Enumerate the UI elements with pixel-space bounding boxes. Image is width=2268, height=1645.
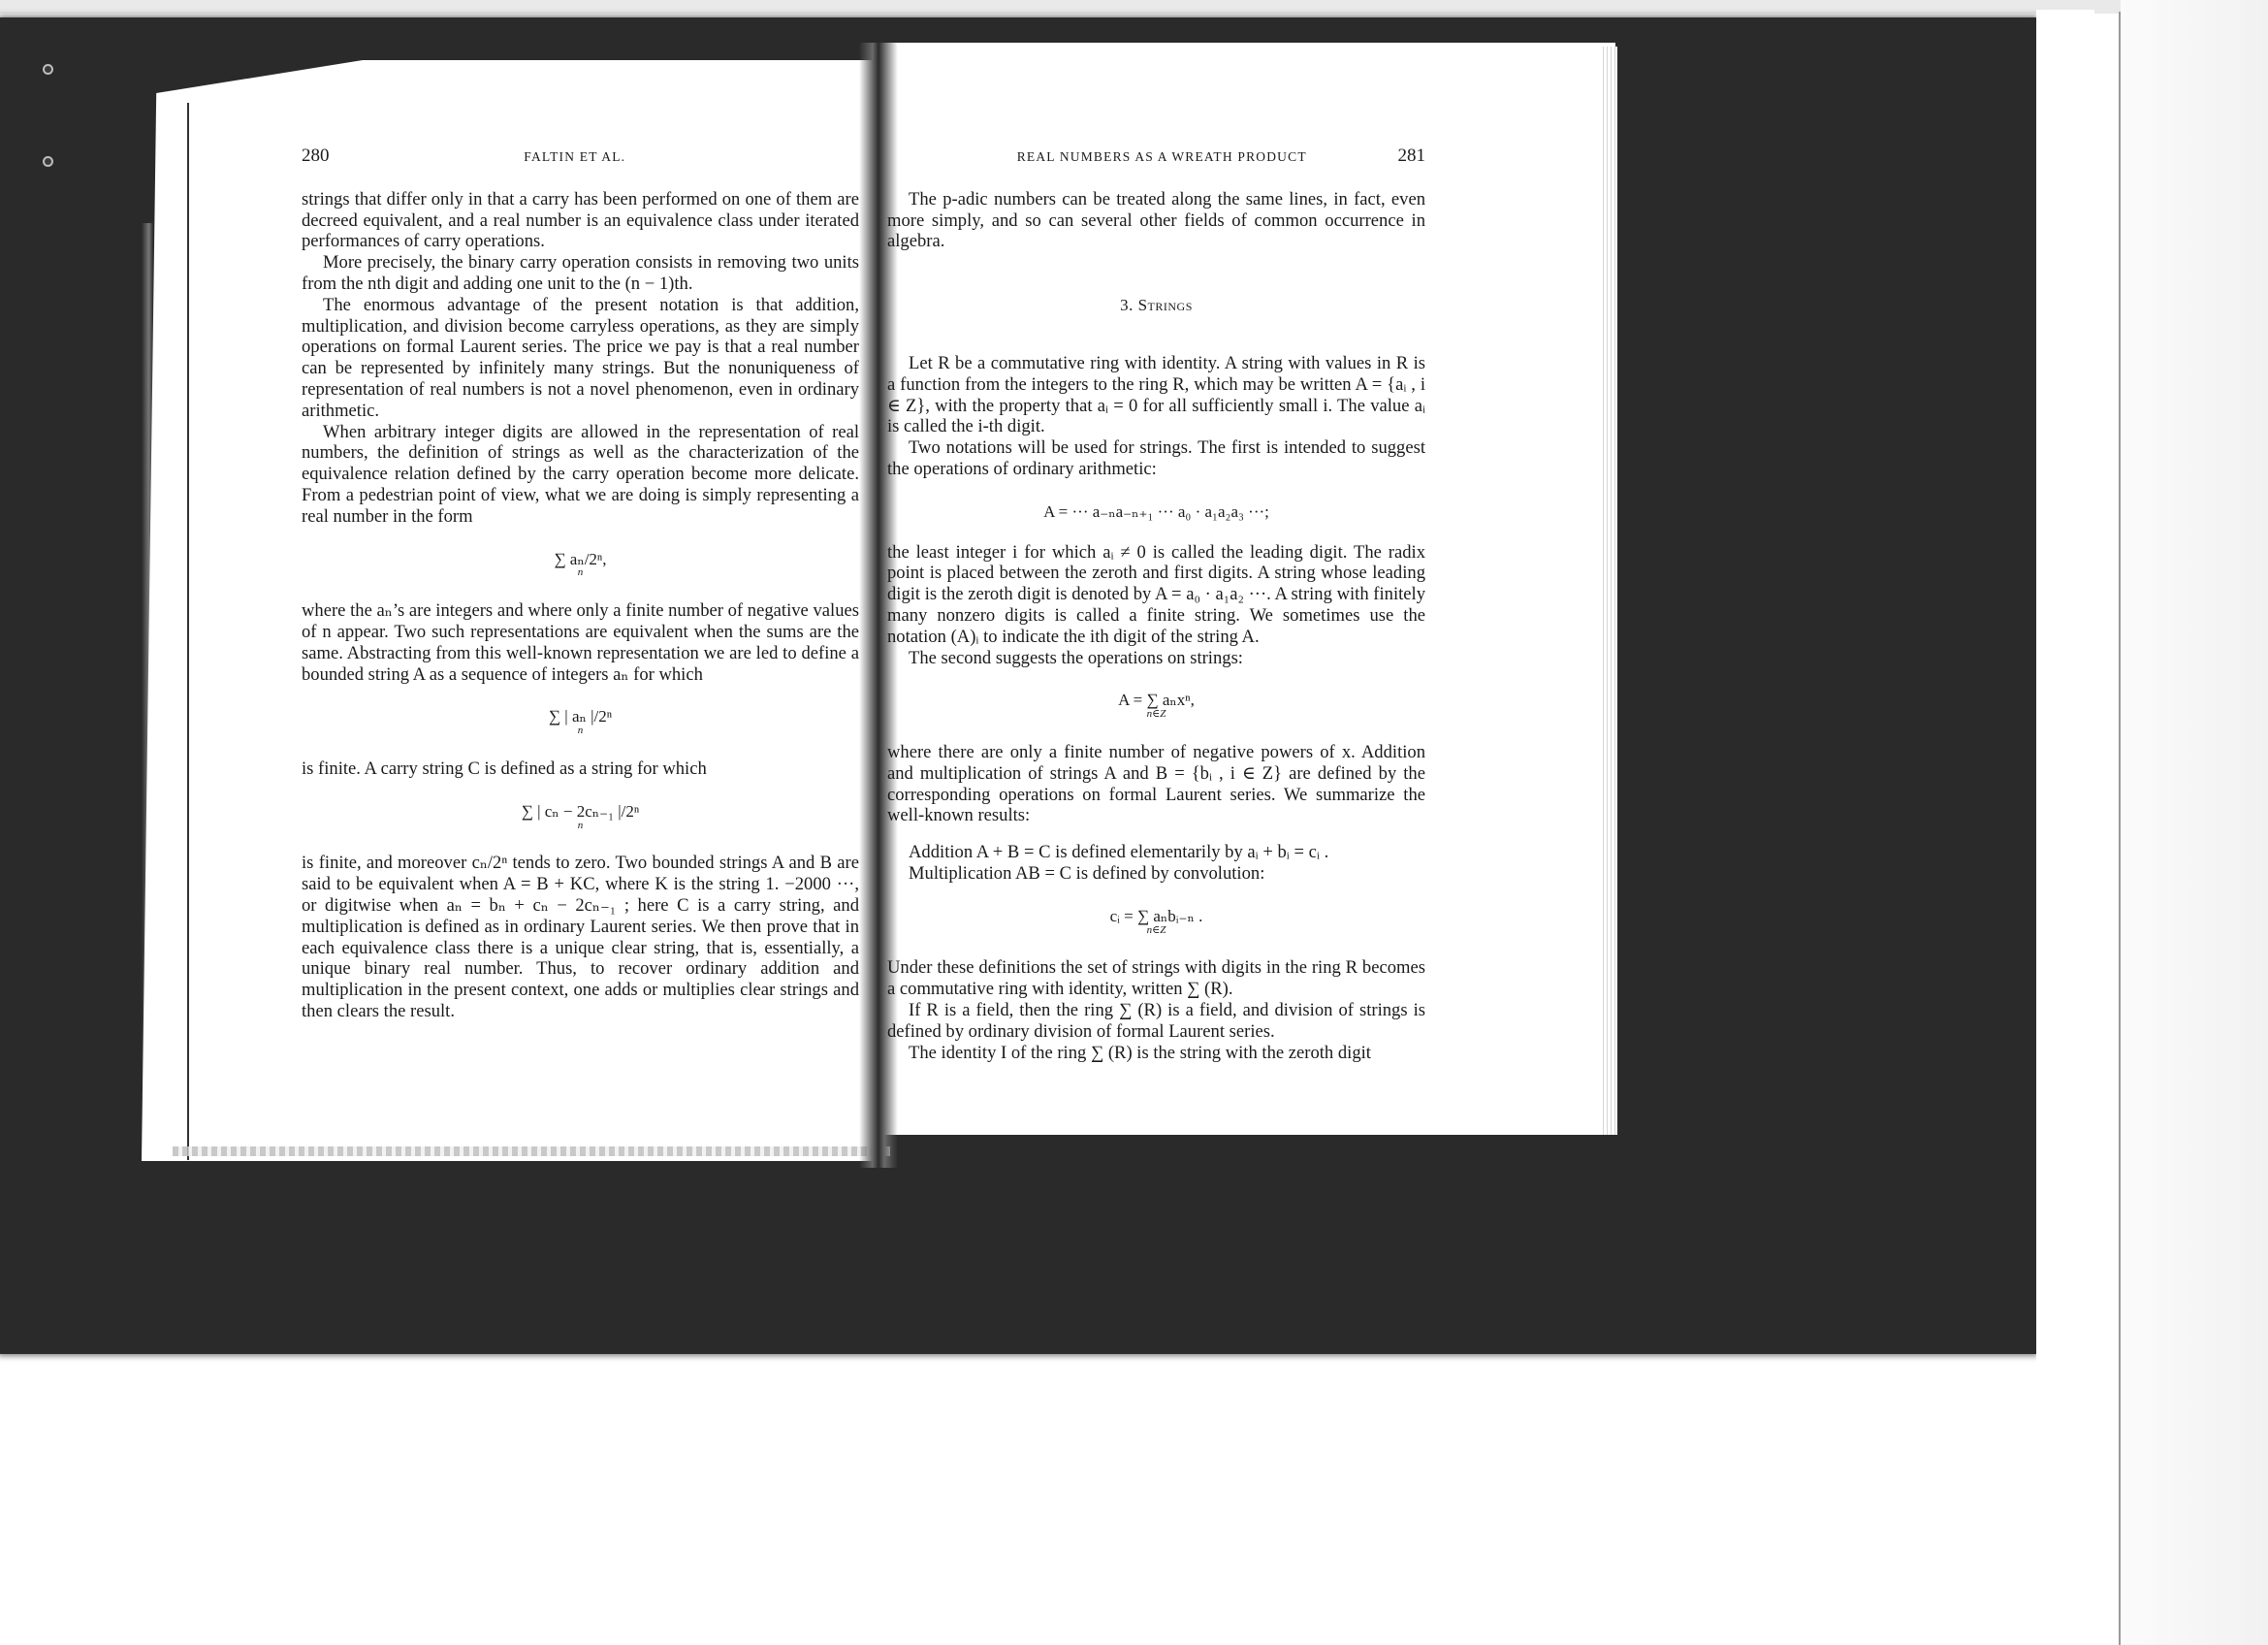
left-page-stack-edge [173, 1146, 890, 1156]
paragraph: strings that differ only in that a carry… [302, 189, 859, 252]
equation-main: ∑ | aₙ |/2ⁿ [549, 707, 612, 726]
paragraph: is finite, and moreover cₙ/2ⁿ tends to z… [302, 853, 859, 1021]
paragraph: The second suggests the operations on st… [887, 648, 1425, 669]
paragraph: The p-adic numbers can be treated along … [887, 189, 1425, 252]
equation-subscript: n [554, 567, 606, 577]
section-heading: 3. Strings [887, 295, 1425, 316]
paragraph: Under these definitions the set of strin… [887, 957, 1425, 1000]
equation-subscript: n [522, 821, 640, 830]
equation-main: ∑ | cₙ − 2cₙ₋₁ |/2ⁿ [522, 802, 640, 821]
paragraph: Two notations will be used for strings. … [887, 437, 1425, 480]
results-list: Addition A + B = C is defined elementari… [887, 842, 1425, 885]
left-page-margin-rule [187, 103, 189, 1160]
paragraph: where the aₙ’s are integers and where on… [302, 600, 859, 685]
equation: A = ··· a₋ₙa₋ₙ₊₁ ··· a₀ · a₁a₂a₃ ···; [887, 501, 1425, 523]
punch-hole-icon [43, 64, 53, 75]
page-number: 280 [302, 145, 330, 167]
left-page-text: 280 FALTIN ET AL. strings that differ on… [302, 145, 859, 1022]
paragraph: Let R be a commutative ring with identit… [887, 353, 1425, 437]
running-head-title: REAL NUMBERS AS A WREATH PRODUCT [1017, 146, 1307, 168]
page-number: 281 [1397, 145, 1425, 167]
scanner-margin [2036, 10, 2094, 1645]
paragraph: is finite. A carry string C is defined a… [302, 758, 859, 780]
section-number: 3. [1120, 296, 1134, 314]
scanner-margin-right [2121, 0, 2268, 1645]
scanner-top-strip [0, 0, 2268, 14]
equation-main: cᵢ = ∑ aₙbᵢ₋ₙ . [1110, 907, 1203, 925]
equation: ∑ aₙ/2ⁿ, n [302, 549, 859, 582]
equation-main: ∑ aₙ/2ⁿ, [554, 550, 606, 568]
equation-subscript: n∈Z [1118, 709, 1195, 719]
paragraph: When arbitrary integer digits are allowe… [302, 422, 859, 528]
paragraph: More precisely, the binary carry operati… [302, 252, 859, 295]
running-head-title: FALTIN ET AL. [524, 146, 625, 168]
equation: cᵢ = ∑ aₙbᵢ₋ₙ . n∈Z [887, 906, 1425, 939]
right-page-stack-edge [1600, 47, 1617, 1135]
paragraph: The enormous advantage of the present no… [302, 295, 859, 422]
right-running-head: REAL NUMBERS AS A WREATH PRODUCT 281 [887, 145, 1425, 168]
equation-main: A = ··· a₋ₙa₋ₙ₊₁ ··· a₀ · a₁a₂a₃ ···; [1043, 502, 1269, 521]
section-title: Strings [1138, 296, 1193, 314]
paragraph: If R is a field, then the ring ∑ (R) is … [887, 1000, 1425, 1043]
equation: A = ∑ aₙxⁿ, n∈Z [887, 690, 1425, 723]
result-item: Addition A + B = C is defined elementari… [909, 842, 1425, 863]
paragraph: where there are only a finite number of … [887, 742, 1425, 826]
equation: ∑ | aₙ |/2ⁿ n [302, 706, 859, 739]
equation-subscript: n [549, 726, 612, 735]
equation-subscript: n∈Z [1110, 925, 1203, 935]
paragraph: The identity I of the ring ∑ (R) is the … [887, 1043, 1425, 1064]
equation-main: A = ∑ aₙxⁿ, [1118, 691, 1195, 709]
punch-hole-icon [43, 156, 53, 167]
right-page-text: REAL NUMBERS AS A WREATH PRODUCT 281 The… [887, 145, 1425, 1063]
paragraph: the least integer i for which aᵢ ≠ 0 is … [887, 542, 1425, 648]
equation: ∑ | cₙ − 2cₙ₋₁ |/2ⁿ n [302, 801, 859, 834]
result-item: Multiplication AB = C is defined by conv… [909, 863, 1425, 885]
left-running-head: 280 FALTIN ET AL. [302, 145, 859, 168]
